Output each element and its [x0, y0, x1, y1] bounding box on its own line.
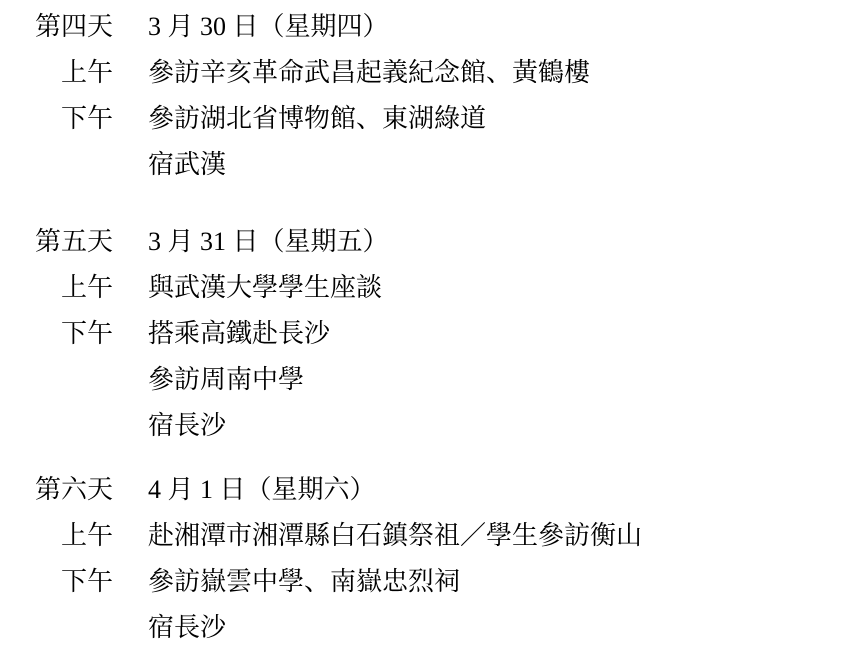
time-label: 下午 — [35, 96, 113, 142]
time-label: 上午 — [35, 513, 113, 559]
schedule-row: 上午 與武漢大學學生座談 — [35, 265, 861, 311]
activity-text: 參訪辛亥革命武昌起義紀念館、黃鶴樓 — [148, 50, 590, 96]
itinerary-section-day6: 第六天 4 月 1 日（星期六） 上午 赴湘潭市湘潭縣白石鎮祭祖／學生參訪衡山 … — [35, 467, 861, 651]
time-label: 上午 — [35, 265, 113, 311]
activity-text: 搭乘高鐵赴長沙 — [148, 311, 330, 357]
activity-text: 參訪周南中學 — [148, 357, 304, 403]
day-date: 4 月 1 日（星期六） — [148, 467, 376, 513]
itinerary-section-day4: 第四天 3 月 30 日（星期四） 上午 參訪辛亥革命武昌起義紀念館、黃鶴樓 下… — [35, 4, 861, 188]
day-label: 第六天 — [35, 467, 113, 513]
schedule-row: 上午 參訪辛亥革命武昌起義紀念館、黃鶴樓 — [35, 50, 861, 96]
schedule-row: 下午 搭乘高鐵赴長沙 — [35, 311, 861, 357]
activity-text: 與武漢大學學生座談 — [148, 265, 382, 311]
day-header-row: 第五天 3 月 31 日（星期五） — [35, 219, 861, 265]
schedule-row: 宿武漢 — [35, 142, 861, 188]
schedule-row: 下午 參訪湖北省博物館、東湖綠道 — [35, 96, 861, 142]
activity-text: 宿長沙 — [148, 605, 226, 651]
schedule-row: 宿長沙 — [35, 403, 861, 449]
itinerary-document: 第四天 3 月 30 日（星期四） 上午 參訪辛亥革命武昌起義紀念館、黃鶴樓 下… — [0, 0, 861, 651]
day-date: 3 月 30 日（星期四） — [148, 4, 389, 50]
day-date: 3 月 31 日（星期五） — [148, 219, 389, 265]
activity-text: 參訪湖北省博物館、東湖綠道 — [148, 96, 486, 142]
schedule-row: 參訪周南中學 — [35, 357, 861, 403]
schedule-row: 宿長沙 — [35, 605, 861, 651]
activity-text: 赴湘潭市湘潭縣白石鎮祭祖／學生參訪衡山 — [148, 513, 642, 559]
time-label: 上午 — [35, 50, 113, 96]
day-header-row: 第四天 3 月 30 日（星期四） — [35, 4, 861, 50]
schedule-row: 下午 參訪嶽雲中學、南嶽忠烈祠 — [35, 559, 861, 605]
day-header-row: 第六天 4 月 1 日（星期六） — [35, 467, 861, 513]
itinerary-section-day5: 第五天 3 月 31 日（星期五） 上午 與武漢大學學生座談 下午 搭乘高鐵赴長… — [35, 219, 861, 449]
time-label: 下午 — [35, 311, 113, 357]
day-label: 第五天 — [35, 219, 113, 265]
activity-text: 參訪嶽雲中學、南嶽忠烈祠 — [148, 559, 460, 605]
day-label: 第四天 — [35, 4, 113, 50]
time-label: 下午 — [35, 559, 113, 605]
activity-text: 宿武漢 — [148, 142, 226, 188]
schedule-row: 上午 赴湘潭市湘潭縣白石鎮祭祖／學生參訪衡山 — [35, 513, 861, 559]
activity-text: 宿長沙 — [148, 403, 226, 449]
